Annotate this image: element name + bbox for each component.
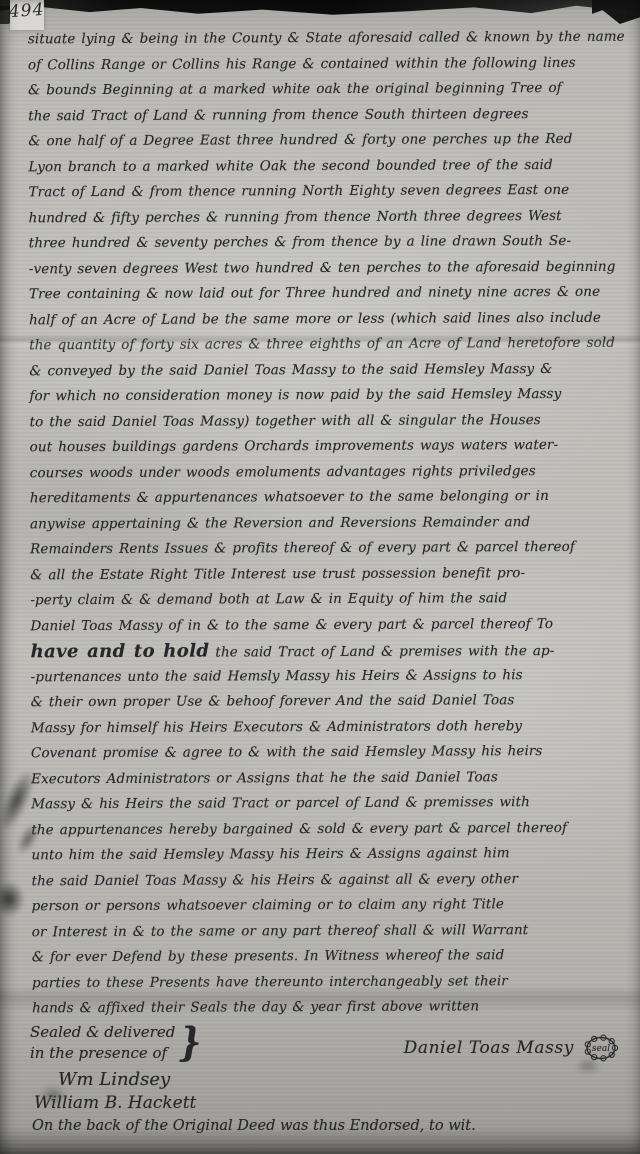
handwritten-line: & for ever Defend by these presents. In … [32, 943, 620, 971]
handwritten-line: courses woods under woods emoluments adv… [30, 458, 618, 486]
handwritten-line: & all the Estate Right Title Interest us… [30, 560, 618, 588]
handwritten-line: Lyon branch to a marked white Oak the se… [28, 152, 616, 180]
handwritten-line: Remainders Rents Issues & profits thereo… [30, 535, 618, 563]
handwritten-line: the quantity of forty six acres & three … [29, 331, 617, 359]
handwritten-line: anywise appertaining & the Reversion and… [30, 509, 618, 537]
handwritten-line: half of an Acre of Land be the same more… [29, 305, 617, 333]
witness-signatures: Wm LindseyWilliam B. Hackett [30, 1068, 622, 1115]
scan-edge-top [0, 0, 640, 16]
handwritten-line: -venty seven degrees West two hundred & … [29, 254, 617, 282]
witness-signature: William B. Hackett [34, 1092, 622, 1115]
scan-edge-corner [592, 0, 640, 24]
attestation-line-2: in the presence of [30, 1043, 175, 1064]
curly-brace: } [179, 1020, 201, 1066]
handwritten-line: & one half of a Degree East three hundre… [28, 127, 616, 155]
handwritten-line: for which no consideration money is now … [29, 382, 617, 410]
handwritten-line: to the said Daniel Toas Massy) together … [30, 407, 618, 435]
handwritten-line: or Interest in & to the same or any part… [32, 917, 620, 945]
handwritten-line: unto him the said Hemsley Massy his Heir… [31, 841, 619, 869]
deed-page: 494 situate lying & being in the County … [0, 0, 640, 1154]
grantor-signature: Daniel Toas Massy [404, 1038, 574, 1058]
seal-doodle: seal [580, 1030, 622, 1066]
handwritten-line: situate lying & being in the County & St… [28, 25, 616, 53]
handwritten-line: the appurtenances hereby bargained & sol… [31, 815, 619, 843]
handwritten-line: the said Daniel Toas Massy & his Heirs &… [32, 866, 620, 894]
handwritten-line: Covenant promise & agree to & with the s… [31, 739, 619, 767]
handwritten-line: parties to these Presents have thereunto… [32, 968, 620, 996]
handwritten-line: Executors Administrators or Assigns that… [31, 764, 619, 792]
handwritten-line: Massy for himself his Heirs Executors & … [31, 713, 619, 741]
ink-smudge [0, 882, 24, 916]
attestation-line-1: Sealed & delivered [30, 1022, 175, 1043]
page-number: 494 [9, 0, 46, 22]
handwritten-line: -purtenances unto the said Hemsly Massy … [31, 662, 619, 690]
closing-block: Sealed & delivered in the presence of } … [30, 1022, 622, 1134]
handwritten-line: Massy & his Heirs the said Tract or parc… [31, 790, 619, 818]
handwritten-line: Daniel Toas Massy of in & to the same & … [30, 611, 618, 639]
handwritten-line: & bounds Beginning at a marked white oak… [28, 76, 616, 104]
page-number-patch: 494 [10, 0, 44, 30]
attestation: Sealed & delivered in the presence of } [30, 1022, 201, 1064]
handwritten-line: of Collins Range or Collins his Range & … [28, 50, 616, 78]
handwritten-line: & conveyed by the said Daniel Toas Massy… [29, 356, 617, 384]
handwritten-line: person or persons whatsoever claiming or… [32, 892, 620, 920]
handwritten-line: -perty claim & & demand both at Law & in… [30, 586, 618, 614]
endorsement-note: On the back of the Original Deed was thu… [32, 1118, 622, 1134]
signature-block: Daniel Toas Massy seal [404, 1030, 622, 1066]
witness-signature: Wm Lindsey [58, 1068, 622, 1092]
handwritten-line: have and to hold the said Tract of Land … [31, 637, 619, 665]
handwritten-line: three hundred & seventy perches & from t… [29, 229, 617, 257]
handwritten-line: hundred & fifty perches & running from t… [29, 203, 617, 231]
handwritten-line: out houses buildings gardens Orchards im… [30, 433, 618, 461]
deed-body-text: situate lying & being in the County & St… [28, 25, 620, 1022]
handwritten-line: Tree containing & now laid out for Three… [29, 280, 617, 308]
handwritten-line: Tract of Land & from thence running Nort… [29, 178, 617, 206]
handwritten-line: hands & affixed their Seals the day & ye… [32, 994, 620, 1022]
handwritten-line: the said Tract of Land & running from th… [28, 101, 616, 129]
attestation-row: Sealed & delivered in the presence of } … [30, 1022, 622, 1066]
handwritten-line: & their own proper Use & behoof forever … [31, 688, 619, 716]
handwritten-line: hereditaments & appurtenances whatsoever… [30, 484, 618, 512]
seal-label: seal [592, 1044, 610, 1054]
